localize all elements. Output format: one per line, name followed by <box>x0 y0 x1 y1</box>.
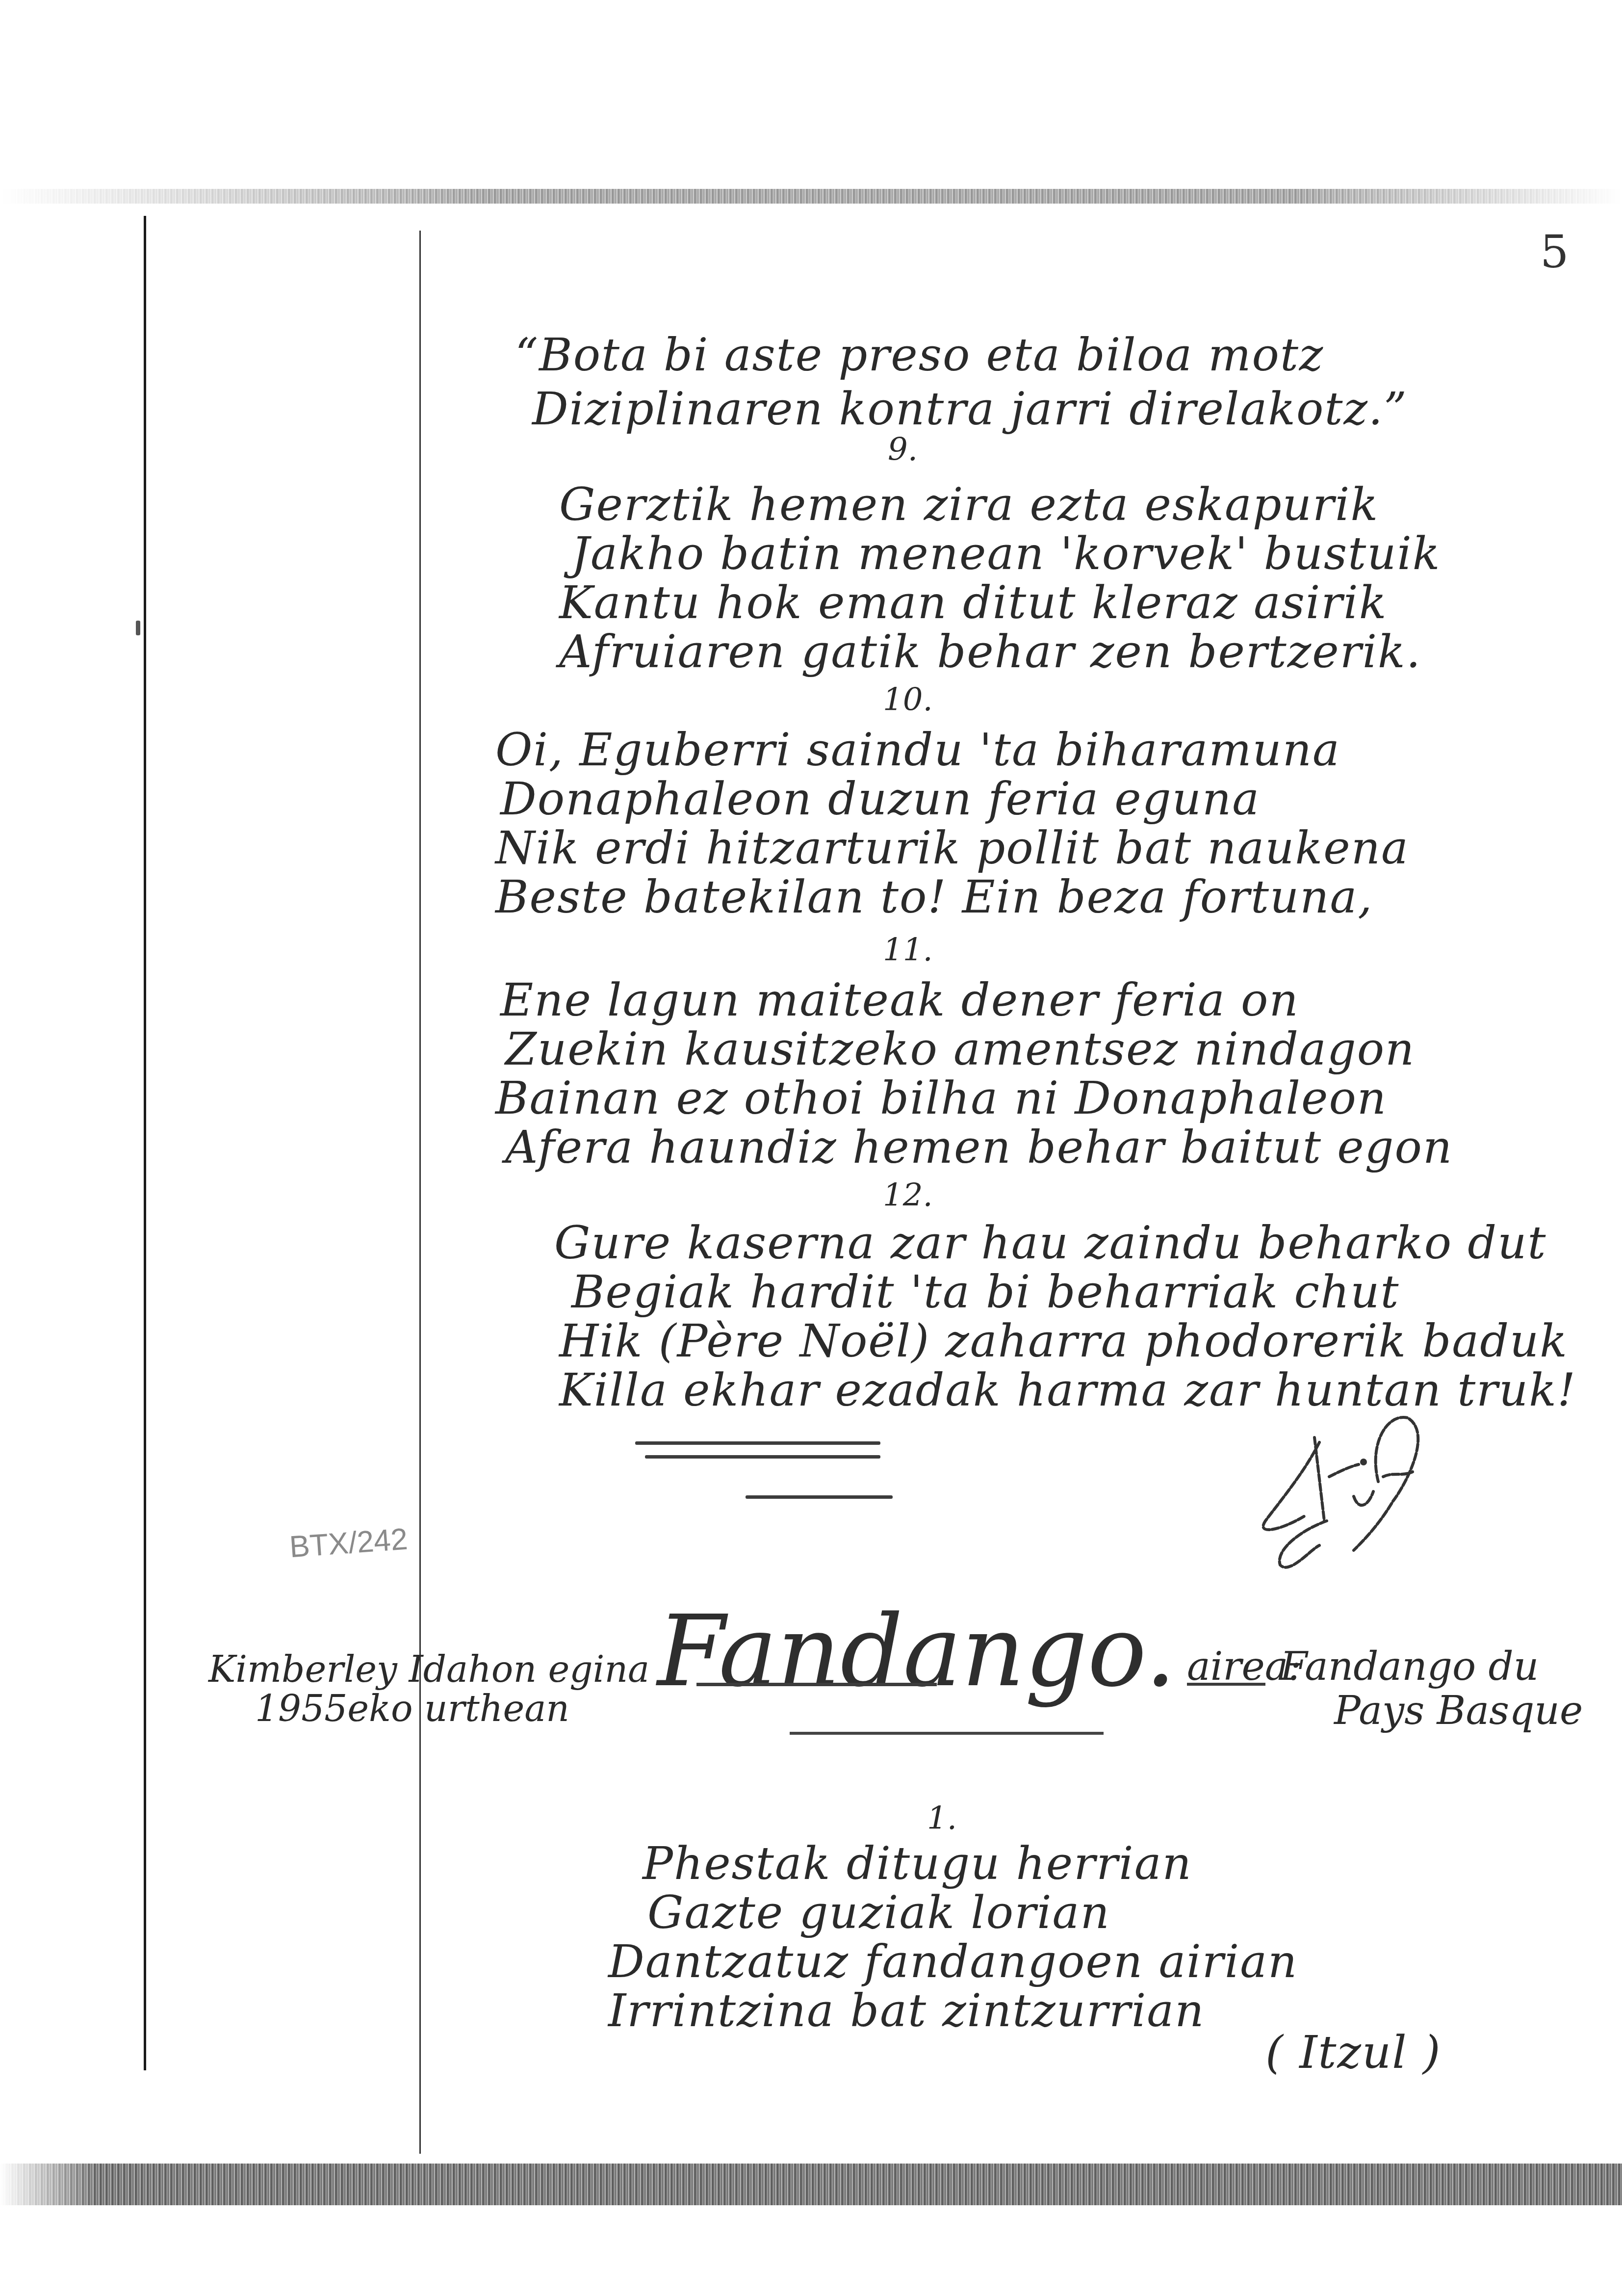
verse-line: Oi, Eguberri saindu 'ta biharamuna <box>495 724 1340 776</box>
verse-line: Dantzatuz fandangoen airian <box>608 1935 1298 1988</box>
quote-line-2: Diziplinaren kontra jarri direlakotz.” <box>532 383 1408 435</box>
verse-line: Hik (Père Noël) zaharra phodorerik baduk <box>559 1315 1568 1367</box>
verse-line: Begiak hardit 'ta bi beharriak chut <box>571 1266 1399 1318</box>
margin-line-inner <box>419 231 421 2154</box>
verse-line: Gure kaserna zar hau zaindu beharko dut <box>554 1217 1546 1269</box>
scan-artifact-bottom <box>0 2164 1622 2205</box>
verse-number: 12. <box>883 1177 933 1214</box>
air-value-line-1: Fandango du <box>1280 1644 1539 1689</box>
song-date: 1955eko urthean <box>255 1688 569 1730</box>
verse-number: 9. <box>888 432 918 468</box>
air-value-line-2: Pays Basque <box>1334 1688 1583 1733</box>
verse-line: Gazte guziak lorian <box>647 1886 1110 1939</box>
verse-line: Zuekin kausitzeko amentsez nindagon <box>505 1023 1415 1075</box>
verse-number: 11. <box>883 932 933 968</box>
song-title: Fandango. <box>657 1594 1176 1709</box>
verse-line: Afera haundiz hemen behar baitut egon <box>505 1121 1453 1174</box>
verse-line: Donaphaleon duzun feria eguna <box>500 773 1260 825</box>
song-author: Kimberley Idahon egina <box>208 1648 649 1691</box>
signature-icon <box>1246 1403 1471 1575</box>
verse-line: Jakho batin menean 'korvek' bustuik <box>571 527 1441 580</box>
air-label-underline <box>1187 1683 1265 1686</box>
page-number: 5 <box>1540 226 1569 278</box>
verse-line: Bainan ez othoi bilha ni Donaphaleon <box>495 1072 1387 1124</box>
margin-mark <box>136 621 140 635</box>
verse-number: 10. <box>883 682 933 718</box>
closing-rule-3 <box>746 1495 893 1499</box>
margin-line-left <box>144 216 146 2070</box>
verse-line: Phestak ditugu herrian <box>643 1837 1192 1890</box>
closing-rule-1 <box>635 1441 880 1445</box>
verse-number: 1. <box>927 1800 957 1837</box>
verse-line: Ene lagun maiteak dener feria on <box>500 974 1299 1026</box>
closing-rule-2 <box>645 1455 880 1459</box>
verse-line: Beste batekilan to! Ein beza fortuna, <box>495 871 1373 923</box>
archive-code: BTX/242 <box>288 1522 409 1565</box>
title-underline-2 <box>790 1732 1104 1735</box>
verse-line: Kantu hok eman ditut kleraz asirik <box>559 576 1388 629</box>
refrain-note: ( Itzul ) <box>1265 2026 1442 2079</box>
verse-line: Nik erdi hitzarturik pollit bat naukena <box>495 822 1409 874</box>
title-underline <box>696 1683 937 1686</box>
quote-line-1: “Bota bi aste preso eta biloa motz <box>515 329 1324 381</box>
verse-line: Afruiaren gatik behar zen bertzerik. <box>559 626 1421 678</box>
verse-line: Irrintzina bat zintzurrian <box>608 1984 1205 2037</box>
scan-artifact-top <box>0 189 1622 204</box>
verse-line: Gerztik hemen zira ezta eskapurik <box>559 478 1379 531</box>
